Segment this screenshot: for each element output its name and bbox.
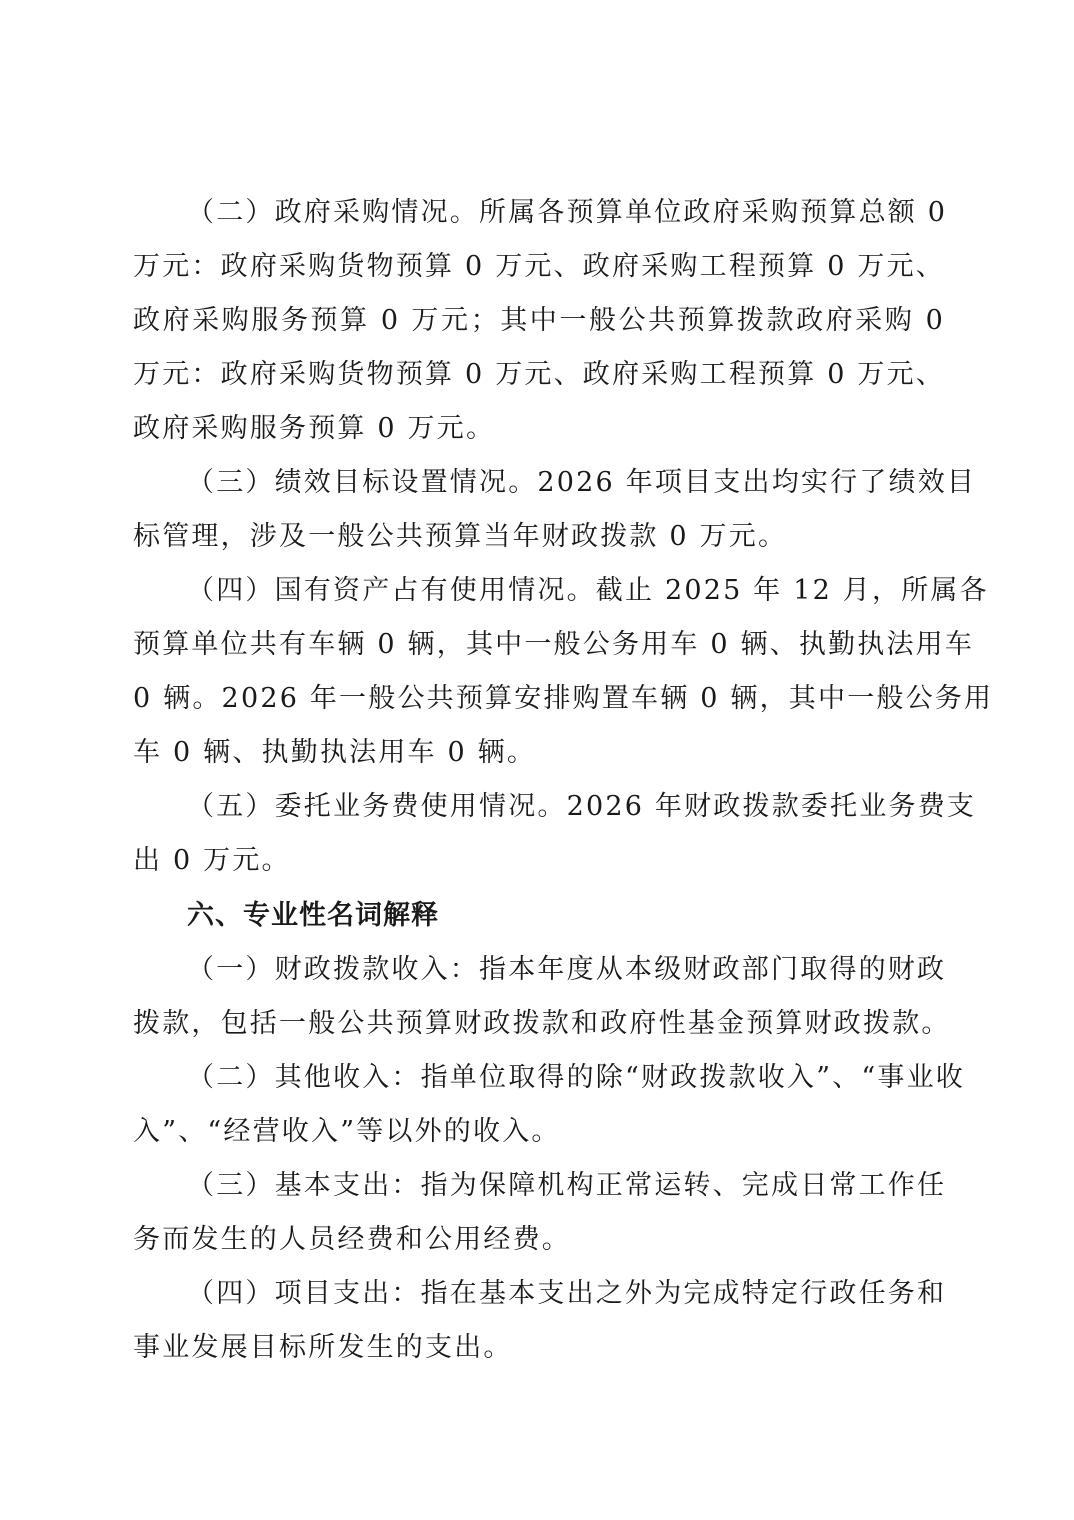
text-line: 务而发生的人员经费和公用经费。 — [133, 1220, 945, 1260]
text-line: 入”、“经营收入”等以外的收入。 — [133, 1112, 945, 1152]
text-line: （二）其他收入：指单位取得的除“财政拨款收入”、“事业收 — [187, 1058, 945, 1098]
text-line: 预算单位共有车辆 0 辆，其中一般公务用车 0 辆、执勤执法用车 — [133, 625, 945, 665]
text-line: （五）委托业务费使用情况。2026 年财政拨款委托业务费支 — [187, 787, 945, 827]
section-heading: 六、专业性名词解释 — [187, 896, 999, 936]
text-line: 万元：政府采购货物预算 0 万元、政府采购工程预算 0 万元、 — [133, 355, 945, 395]
text-line: （四）项目支出：指在基本支出之外为完成特定行政任务和 — [187, 1274, 945, 1314]
text-line: 万元：政府采购货物预算 0 万元、政府采购工程预算 0 万元、 — [133, 247, 945, 287]
text-line: （一）财政拨款收入：指本年度从本级财政部门取得的财政 — [187, 950, 945, 990]
text-line: （四）国有资产占有使用情况。截止 2025 年 12 月，所属各 — [187, 571, 945, 611]
text-line: 车 0 辆、执勤执法用车 0 辆。 — [133, 733, 945, 773]
text-line: （三）基本支出：指为保障机构正常运转、完成日常工作任 — [187, 1166, 945, 1206]
text-line: （二）政府采购情况。所属各预算单位政府采购预算总额 0 — [187, 193, 945, 233]
text-line: 出 0 万元。 — [133, 841, 945, 881]
text-line: （三）绩效目标设置情况。2026 年项目支出均实行了绩效目 — [187, 463, 945, 503]
text-line: 事业发展目标所发生的支出。 — [133, 1328, 945, 1368]
text-line: 政府采购服务预算 0 万元；其中一般公共预算拨款政府采购 0 — [133, 301, 945, 341]
text-line: 政府采购服务预算 0 万元。 — [133, 409, 945, 449]
text-line: 拨款，包括一般公共预算财政拨款和政府性基金预算财政拨款。 — [133, 1004, 945, 1044]
text-line: 标管理，涉及一般公共预算当年财政拨款 0 万元。 — [133, 517, 945, 557]
document-page: （二）政府采购情况。所属各预算单位政府采购预算总额 0 万元：政府采购货物预算 … — [0, 0, 1074, 1520]
text-line: 0 辆。2026 年一般公共预算安排购置车辆 0 辆，其中一般公务用 — [133, 679, 945, 719]
